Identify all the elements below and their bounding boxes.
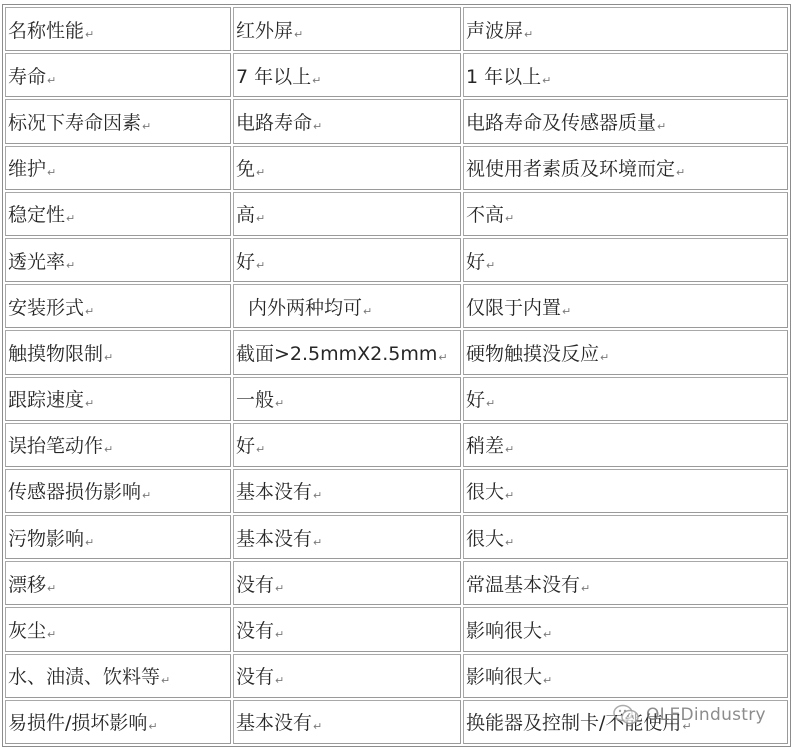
infrared-value-cell: 截面>2.5mmX2.5mm↵ [233,330,461,374]
table-row: 寿命↵7 年以上↵1 年以上↵ [5,53,788,97]
header-row-label-cell: 名称性能↵ [5,7,231,51]
row-label-cell: 触摸物限制↵ [5,330,231,374]
cell-text: 水、油渍、饮料等 [8,666,160,688]
paragraph-mark-icon: ↵ [47,74,56,87]
paragraph-mark-icon: ↵ [275,628,284,641]
infrared-value-cell: 内外两种均可↵ [233,284,461,328]
acoustic-value-cell: 很大↵ [463,469,788,513]
infrared-value-cell: 好↵ [233,423,461,467]
paragraph-mark-icon: ↵ [313,120,322,133]
cell-text: 一般 [236,389,274,411]
cell-text: 好 [236,435,255,457]
row-label-cell: 寿命↵ [5,53,231,97]
cell-text: 视使用者素质及环境而定 [466,158,675,180]
table-row: 维护↵免↵视使用者素质及环境而定↵ [5,146,788,190]
paragraph-mark-icon: ↵ [275,397,284,410]
comparison-table-container: 名称性能↵红外屏↵声波屏↵寿命↵7 年以上↵1 年以上↵标况下寿命因素↵电路寿命… [2,4,791,747]
table-row: 易损件/损坏影响↵基本没有↵换能器及控制卡/不能使用↵ [5,700,788,744]
acoustic-value-cell: 换能器及控制卡/不能使用↵ [463,700,788,744]
paragraph-mark-icon: ↵ [85,28,94,41]
paragraph-mark-icon: ↵ [486,259,495,272]
cell-text: 安装形式 [8,297,84,319]
paragraph-mark-icon: ↵ [161,674,170,687]
acoustic-value-cell: 硬物触摸没反应↵ [463,330,788,374]
row-label-cell: 易损件/损坏影响↵ [5,700,231,744]
paragraph-mark-icon: ↵ [543,628,552,641]
row-label-cell: 安装形式↵ [5,284,231,328]
infrared-value-cell: 高↵ [233,192,461,236]
paragraph-mark-icon: ↵ [148,720,157,733]
cell-text: 7 年以上 [236,66,311,88]
cell-text: 基本没有 [236,528,312,550]
cell-text: 稍差 [466,435,504,457]
cell-text: 换能器及控制卡/不能使用 [466,712,681,734]
cell-text: 免 [236,158,255,180]
cell-text: 标况下寿命因素 [8,112,141,134]
paragraph-mark-icon: ↵ [524,28,533,41]
cell-text: 透光率 [8,251,65,273]
row-label-cell: 跟踪速度↵ [5,377,231,421]
cell-text: 不高 [466,204,504,226]
paragraph-mark-icon: ↵ [294,28,303,41]
paragraph-mark-icon: ↵ [438,351,447,364]
paragraph-mark-icon: ↵ [682,720,691,733]
row-label-cell: 标况下寿命因素↵ [5,99,231,143]
row-label-cell: 灰尘↵ [5,607,231,651]
table-row: 跟踪速度↵一般↵好↵ [5,377,788,421]
paragraph-mark-icon: ↵ [543,674,552,687]
cell-text: 好 [466,389,485,411]
cell-text: 很大 [466,528,504,550]
cell-text: 寿命 [8,66,46,88]
cell-text: 污物影响 [8,528,84,550]
cell-text: 硬物触摸没反应 [466,343,599,365]
row-label-cell: 透光率↵ [5,238,231,282]
cell-text: 没有 [236,666,274,688]
paragraph-mark-icon: ↵ [256,212,265,225]
cell-text: 好 [236,251,255,273]
paragraph-mark-icon: ↵ [66,259,75,272]
cell-text: 1 年以上 [466,66,541,88]
table-row: 安装形式↵内外两种均可↵仅限于内置↵ [5,284,788,328]
row-label-cell: 水、油渍、饮料等↵ [5,654,231,698]
cell-text: 仅限于内置 [466,297,561,319]
cell-text: 误抬笔动作 [8,435,103,457]
table-row: 稳定性↵高↵不高↵ [5,192,788,236]
paragraph-mark-icon: ↵ [657,120,666,133]
cell-text: 高 [236,204,255,226]
acoustic-value-cell: 很大↵ [463,515,788,559]
cell-text: 没有 [236,574,274,596]
table-row: 标况下寿命因素↵电路寿命↵电路寿命及传感器质量↵ [5,99,788,143]
paragraph-mark-icon: ↵ [313,720,322,733]
cell-text: 基本没有 [236,481,312,503]
table-row: 传感器损伤影响↵基本没有↵很大↵ [5,469,788,513]
paragraph-mark-icon: ↵ [256,166,265,179]
paragraph-mark-icon: ↵ [505,536,514,549]
acoustic-value-cell: 影响很大↵ [463,654,788,698]
infrared-value-cell: 基本没有↵ [233,469,461,513]
acoustic-value-cell: 影响很大↵ [463,607,788,651]
acoustic-value-cell: 仅限于内置↵ [463,284,788,328]
paragraph-mark-icon: ↵ [600,351,609,364]
infrared-value-cell: 好↵ [233,238,461,282]
header-infrared-value-cell: 红外屏↵ [233,7,461,51]
paragraph-mark-icon: ↵ [505,489,514,502]
cell-text: 基本没有 [236,712,312,734]
acoustic-value-cell: 1 年以上↵ [463,53,788,97]
cell-text: 红外屏 [236,20,293,42]
cell-text: 好 [466,251,485,273]
paragraph-mark-icon: ↵ [486,397,495,410]
paragraph-mark-icon: ↵ [542,74,551,87]
paragraph-mark-icon: ↵ [142,489,151,502]
paragraph-mark-icon: ↵ [47,166,56,179]
paragraph-mark-icon: ↵ [85,536,94,549]
paragraph-mark-icon: ↵ [581,582,590,595]
cell-text: 灰尘 [8,620,46,642]
cell-text: 触摸物限制 [8,343,103,365]
infrared-value-cell: 一般↵ [233,377,461,421]
row-label-cell: 传感器损伤影响↵ [5,469,231,513]
infrared-value-cell: 电路寿命↵ [233,99,461,143]
cell-text: 声波屏 [466,20,523,42]
touchscreen-comparison-table: 名称性能↵红外屏↵声波屏↵寿命↵7 年以上↵1 年以上↵标况下寿命因素↵电路寿命… [3,5,790,746]
row-label-cell: 维护↵ [5,146,231,190]
cell-text: 易损件/损坏影响 [8,712,147,734]
acoustic-value-cell: 不高↵ [463,192,788,236]
table-row: 水、油渍、饮料等↵没有↵影响很大↵ [5,654,788,698]
paragraph-mark-icon: ↵ [142,120,151,133]
cell-text: 截面>2.5mmX2.5mm [236,343,437,365]
table-row: 透光率↵好↵好↵ [5,238,788,282]
row-label-cell: 误抬笔动作↵ [5,423,231,467]
cell-text: 没有 [236,620,274,642]
cell-text: 传感器损伤影响 [8,481,141,503]
paragraph-mark-icon: ↵ [312,74,321,87]
paragraph-mark-icon: ↵ [104,443,113,456]
cell-text: 电路寿命 [236,112,312,134]
cell-text: 稳定性 [8,204,65,226]
table-row: 污物影响↵基本没有↵很大↵ [5,515,788,559]
paragraph-mark-icon: ↵ [66,212,75,225]
paragraph-mark-icon: ↵ [85,397,94,410]
paragraph-mark-icon: ↵ [104,351,113,364]
acoustic-value-cell: 好↵ [463,238,788,282]
paragraph-mark-icon: ↵ [313,489,322,502]
cell-text: 跟踪速度 [8,389,84,411]
cell-text: 漂移 [8,574,46,596]
cell-text: 名称性能 [8,20,84,42]
row-label-cell: 污物影响↵ [5,515,231,559]
cell-text: 影响很大 [466,666,542,688]
infrared-value-cell: 没有↵ [233,654,461,698]
header-acoustic-value-cell: 声波屏↵ [463,7,788,51]
paragraph-mark-icon: ↵ [256,259,265,272]
infrared-value-cell: 基本没有↵ [233,700,461,744]
table-header-row: 名称性能↵红外屏↵声波屏↵ [5,7,788,51]
table-row: 触摸物限制↵截面>2.5mmX2.5mm↵硬物触摸没反应↵ [5,330,788,374]
paragraph-mark-icon: ↵ [256,443,265,456]
cell-text: 内外两种均可 [248,297,362,319]
paragraph-mark-icon: ↵ [313,536,322,549]
acoustic-value-cell: 稍差↵ [463,423,788,467]
cell-text: 维护 [8,158,46,180]
paragraph-mark-icon: ↵ [85,305,94,318]
paragraph-mark-icon: ↵ [562,305,571,318]
row-label-cell: 漂移↵ [5,561,231,605]
cell-text: 影响很大 [466,620,542,642]
paragraph-mark-icon: ↵ [275,582,284,595]
paragraph-mark-icon: ↵ [275,674,284,687]
table-row: 漂移↵没有↵常温基本没有↵ [5,561,788,605]
paragraph-mark-icon: ↵ [363,305,372,318]
infrared-value-cell: 7 年以上↵ [233,53,461,97]
infrared-value-cell: 没有↵ [233,561,461,605]
paragraph-mark-icon: ↵ [47,582,56,595]
acoustic-value-cell: 好↵ [463,377,788,421]
table-row: 灰尘↵没有↵影响很大↵ [5,607,788,651]
paragraph-mark-icon: ↵ [505,212,514,225]
acoustic-value-cell: 电路寿命及传感器质量↵ [463,99,788,143]
acoustic-value-cell: 视使用者素质及环境而定↵ [463,146,788,190]
cell-text: 常温基本没有 [466,574,580,596]
paragraph-mark-icon: ↵ [47,628,56,641]
paragraph-mark-icon: ↵ [676,166,685,179]
paragraph-mark-icon: ↵ [505,443,514,456]
acoustic-value-cell: 常温基本没有↵ [463,561,788,605]
row-label-cell: 稳定性↵ [5,192,231,236]
infrared-value-cell: 没有↵ [233,607,461,651]
infrared-value-cell: 基本没有↵ [233,515,461,559]
table-row: 误抬笔动作↵好↵稍差↵ [5,423,788,467]
infrared-value-cell: 免↵ [233,146,461,190]
cell-text: 很大 [466,481,504,503]
cell-text: 电路寿命及传感器质量 [466,112,656,134]
